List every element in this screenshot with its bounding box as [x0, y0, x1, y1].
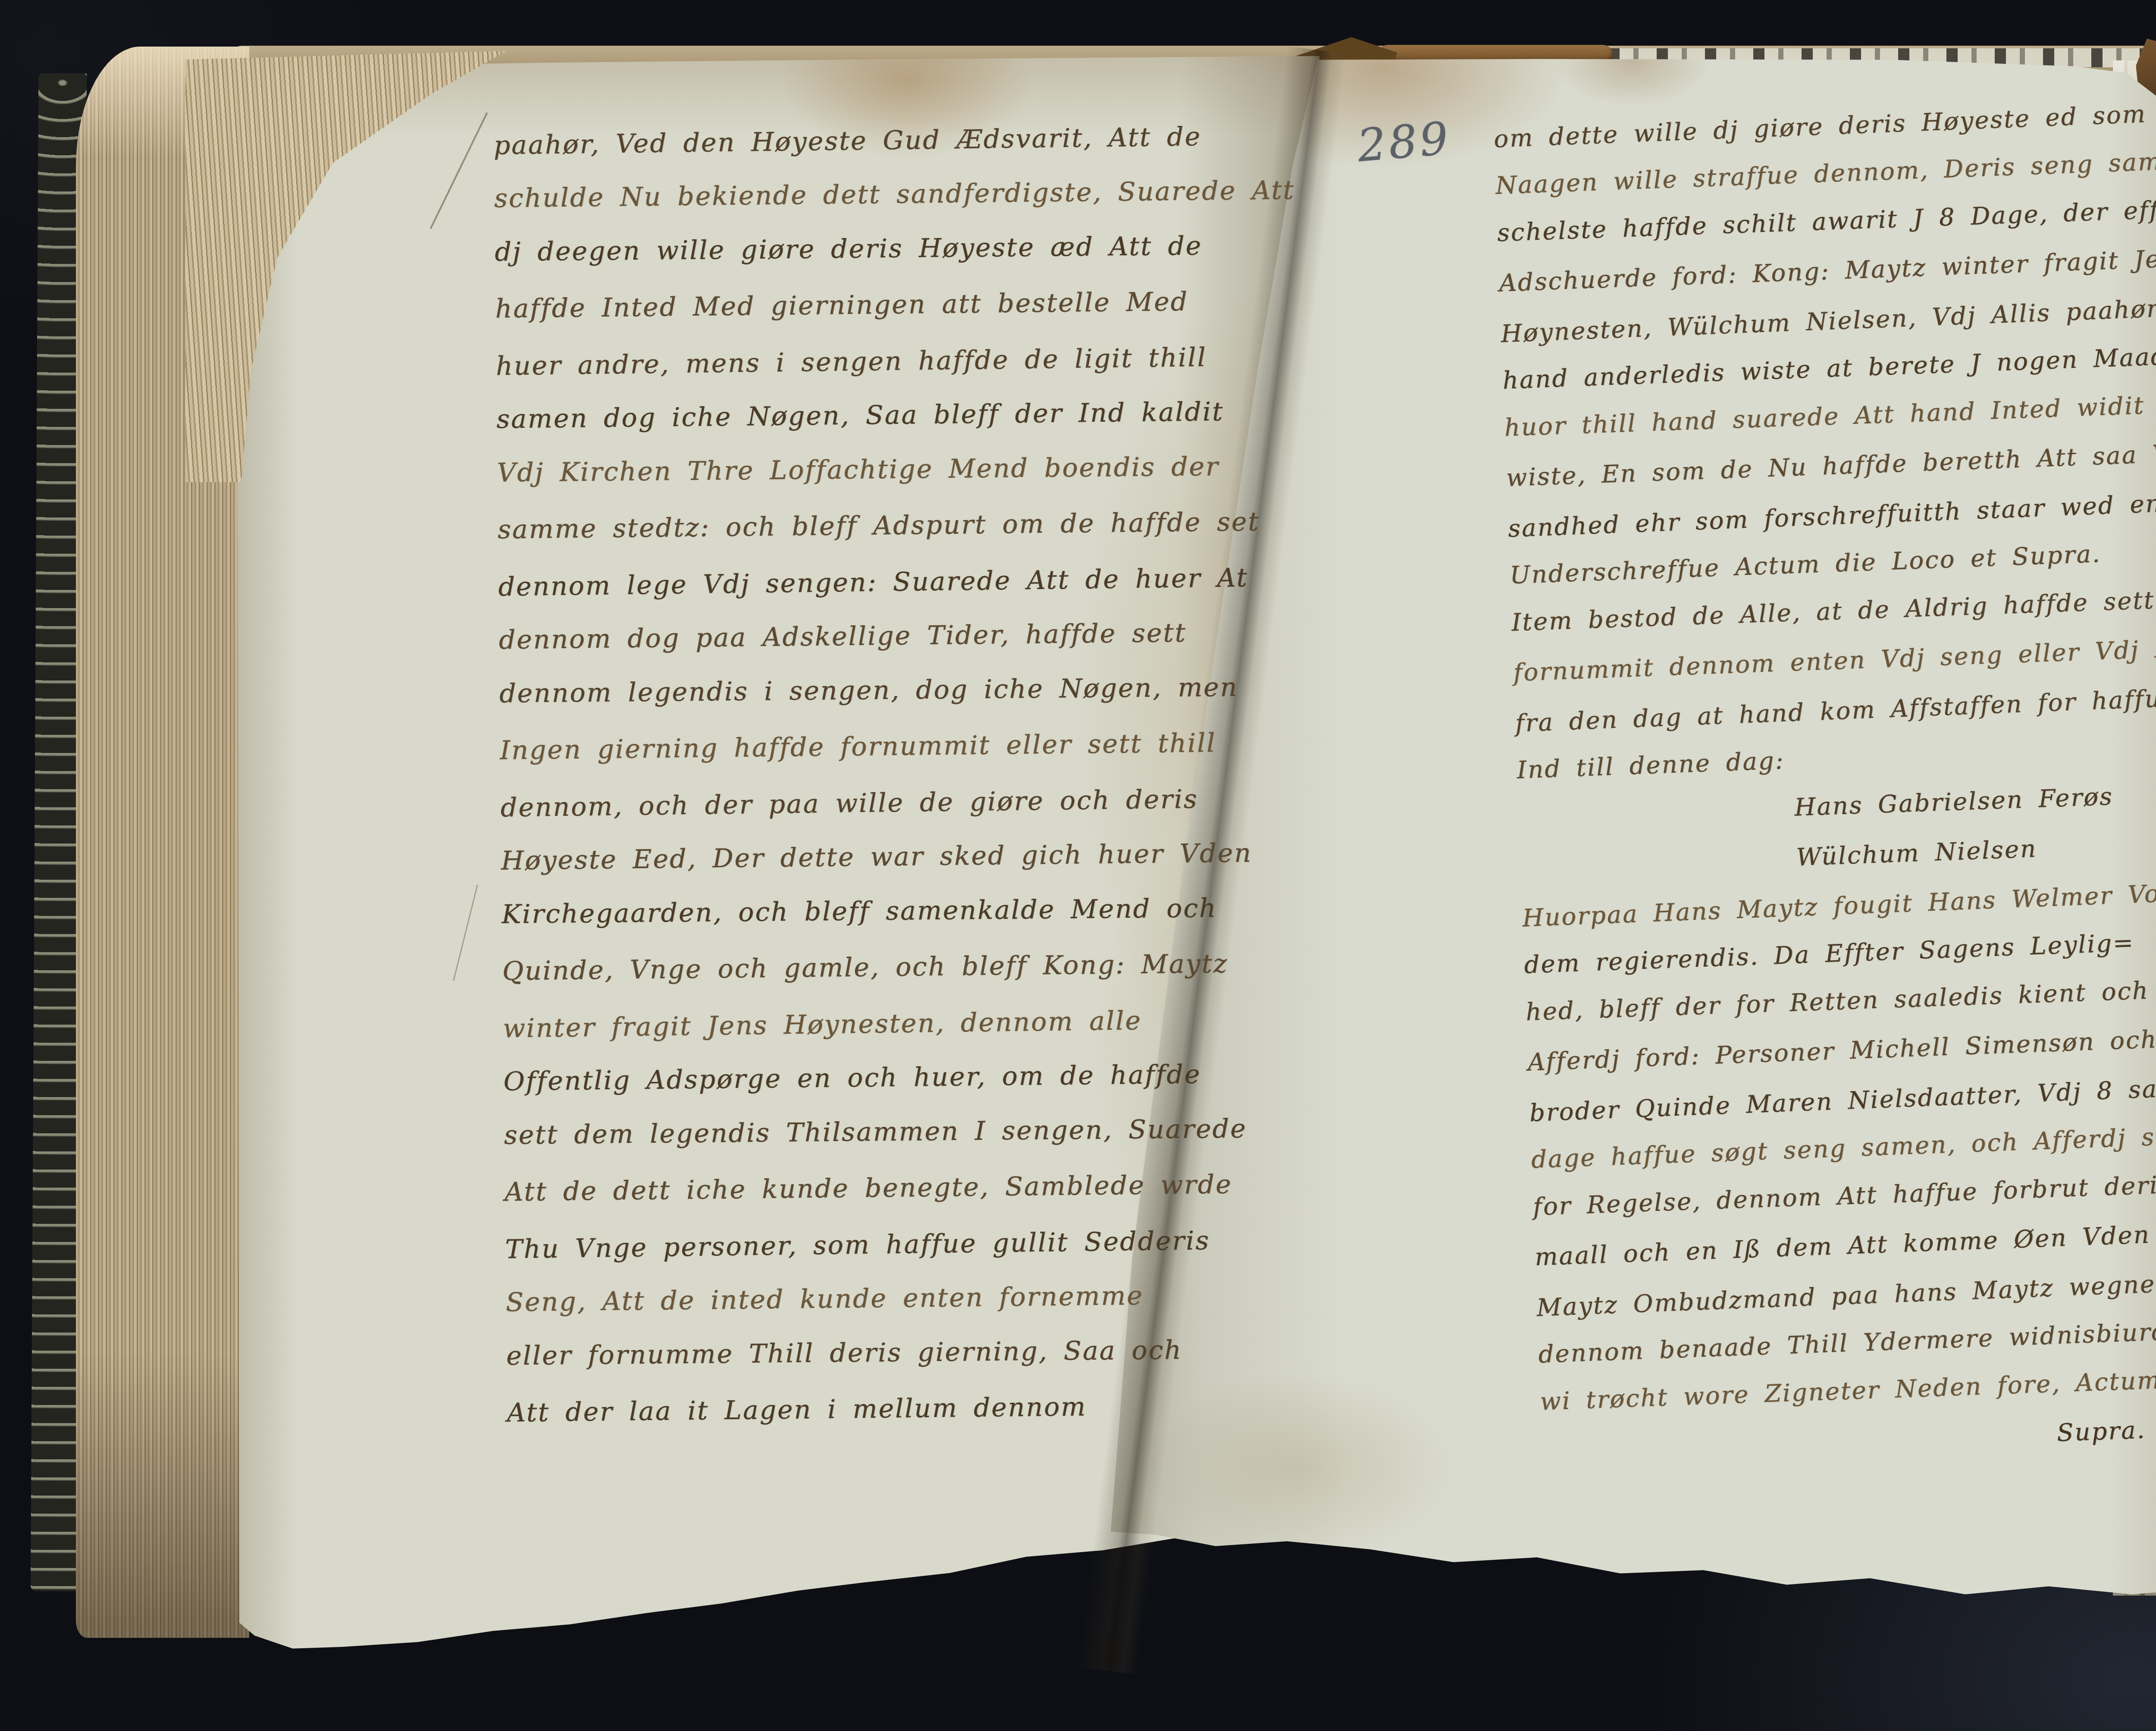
manuscript-line: Att de dett iche kunde benegte, Samblede… [504, 1155, 1367, 1220]
manuscript-line: Høyeste Eed, Der dette war sked gich hue… [501, 825, 1363, 889]
manuscript-line: Offentlig Adspørge en och huer, om de ha… [503, 1045, 1366, 1109]
left-page-text: paahør, Ved den Høyeste Gud Ædsvarit, At… [493, 107, 1369, 1441]
right-page-text: om dette wille dj giøre deris Høyeste ed… [1493, 86, 2156, 1477]
manuscript-line: samme stedtz: och bleff Adspurt om de ha… [497, 493, 1360, 558]
manuscript-line: samen dog iche Nøgen, Saa bleff der Ind … [496, 383, 1359, 447]
manuscript-line: Kirchegaarden, och bleff samenkalde Mend… [501, 879, 1364, 942]
manuscript-line: dennom, och der paa wille de giøre och d… [500, 769, 1363, 835]
manuscript-line: Supra. [2056, 1401, 2156, 1458]
page-number: 289 [1355, 112, 1453, 172]
manuscript-line: Vdj Kirchen Thre Loffachtige Mend boendi… [497, 438, 1360, 500]
manuscript-line: dj deegen wille giøre deris Høyeste æd A… [495, 217, 1357, 279]
manuscript-line: dennom dog paa Adskellige Tider, haffde … [498, 604, 1361, 668]
manuscript-line: dennom legendis i sengen, dog iche Nøgen… [499, 659, 1362, 721]
manuscript-line: Quinde, Vnge och gamle, och bleff Kong: … [502, 935, 1365, 999]
manuscript-line: paahør, Ved den Høyeste Gud Ædsvarit, At… [493, 107, 1356, 173]
manuscript-line: eller fornumme Thill deris gierning, Saa… [506, 1321, 1369, 1383]
manuscript-line: Ingen gierning haffde fornummit eller se… [500, 714, 1363, 778]
manuscript-line: dennom lege Vdj sengen: Suarede Att de h… [498, 549, 1361, 615]
manuscript-line: schulde Nu bekiende dett sandferdigste, … [494, 162, 1357, 226]
manuscript-line: Seng, Att de inted kunde enten fornemme [505, 1266, 1368, 1330]
manuscript-line: huer andre, mens i sengen haffde de ligi… [495, 328, 1358, 394]
photo-backdrop: nondja aonge Aigns paahør, Ved den Høyes… [0, 0, 2156, 1731]
manuscript-line: haffde Inted Med gierningen att bestelle… [495, 273, 1358, 337]
manuscript-line: Thu Vnge personer, som haffue gullit Sed… [505, 1211, 1368, 1277]
manuscript-line: Att der laa it Lagen i mellum dennom [507, 1376, 1369, 1440]
manuscript-line: sett dem legendis Thilsammen I sengen, S… [504, 1100, 1366, 1163]
manuscript-line: winter fragit Jens Høynesten, dennom all… [502, 990, 1365, 1056]
